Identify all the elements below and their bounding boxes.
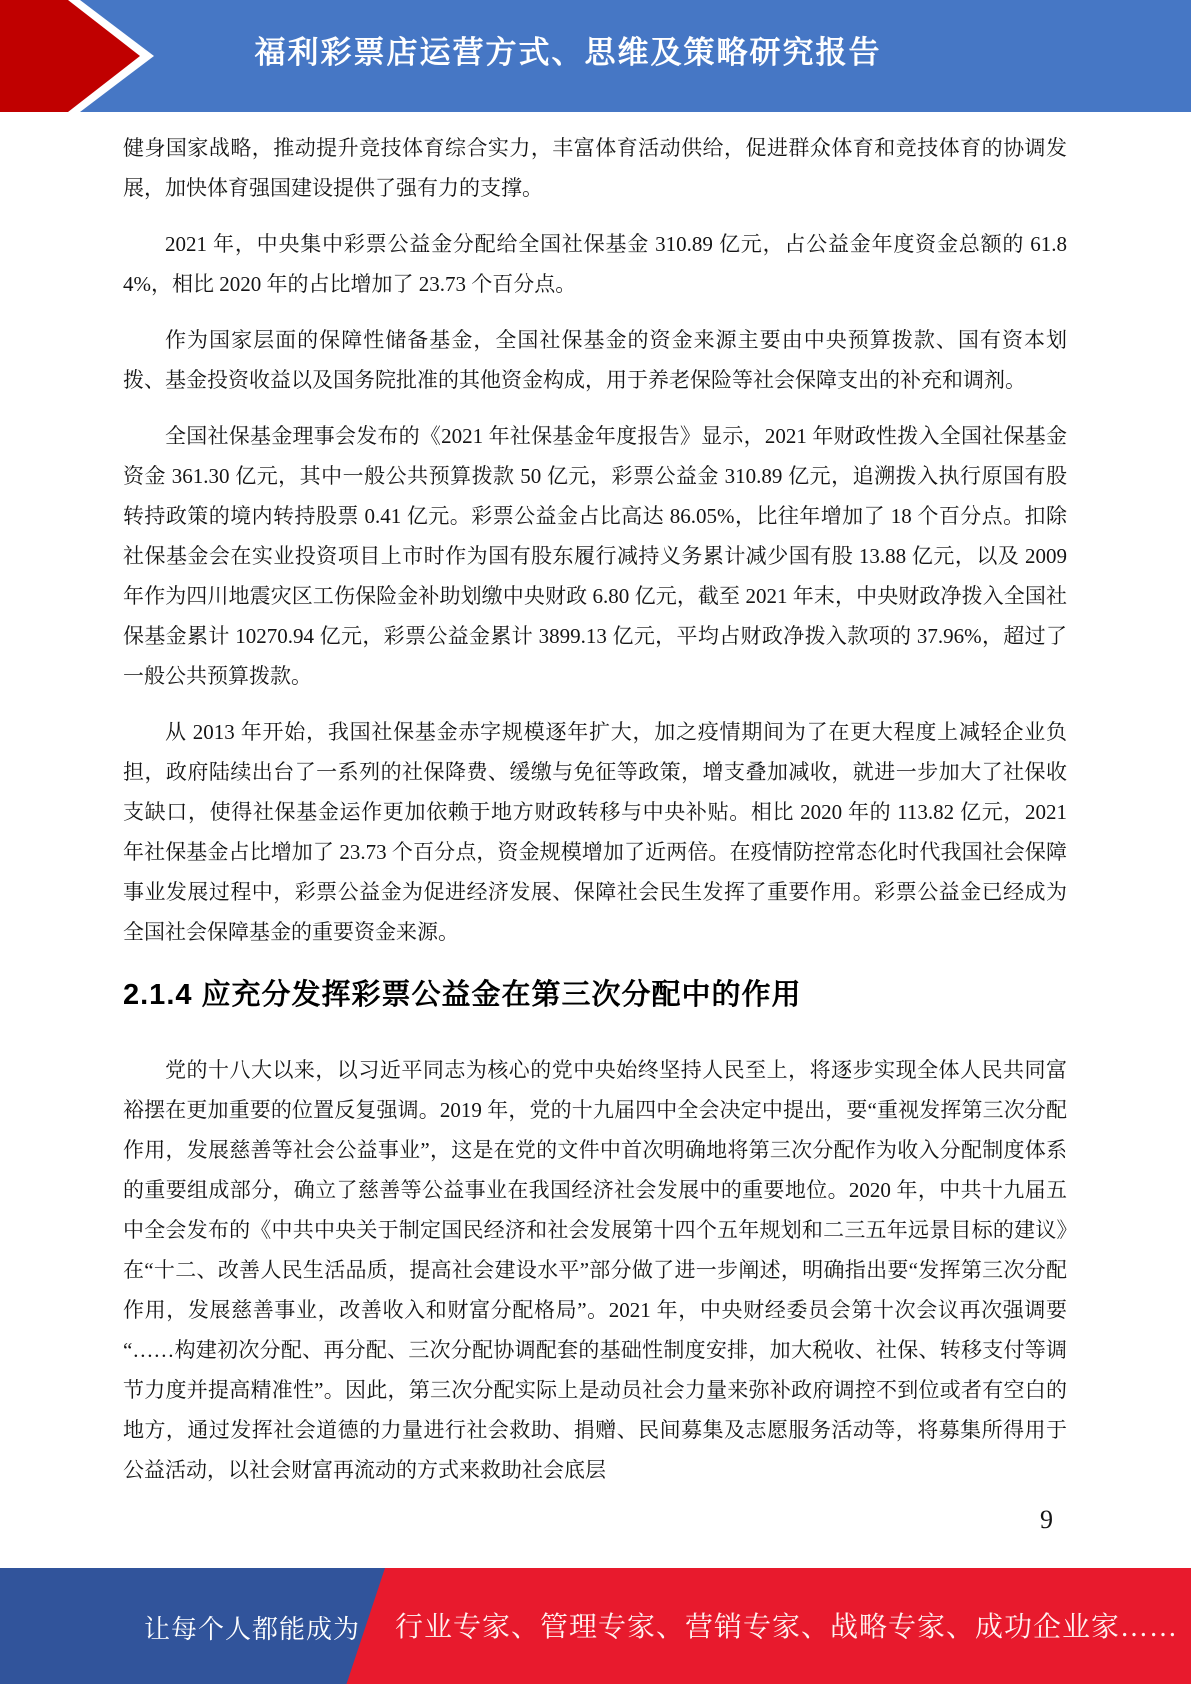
body-paragraph: 全国社保基金理事会发布的《2021 年社保基金年度报告》显示，2021 年财政性… <box>123 416 1067 696</box>
body-paragraph: 党的十八大以来，以习近平同志为核心的党中央始终坚持人民至上，将逐步实现全体人民共… <box>123 1050 1067 1490</box>
body-paragraph: 作为国家层面的保障性储备基金，全国社保基金的资金来源主要由中央预算拨款、国有资本… <box>123 320 1067 400</box>
page-body: 健身国家战略，推动提升竞技体育综合实力，丰富体育活动供给，促进群众体育和竞技体育… <box>0 112 1191 1506</box>
page-number: 9 <box>1040 1505 1053 1535</box>
footer-slogan-left: 让每个人都能成为 <box>144 1614 360 1646</box>
footer-slogan-right: 行业专家、管理专家、营销专家、战略专家、成功企业家…… <box>395 1611 1178 1645</box>
page-footer-banner: 让每个人都能成为 行业专家、管理专家、营销专家、战略专家、成功企业家…… <box>0 1568 1191 1684</box>
report-title: 福利彩票店运营方式、思维及策略研究报告 <box>0 0 1136 98</box>
body-paragraph: 从 2013 年开始，我国社保基金赤字规模逐年扩大，加之疫情期间为了在更大程度上… <box>123 712 1067 952</box>
page-header-banner: 福利彩票店运营方式、思维及策略研究报告 <box>0 0 1191 112</box>
body-paragraph: 健身国家战略，推动提升竞技体育综合实力，丰富体育活动供给，促进群众体育和竞技体育… <box>123 128 1067 208</box>
body-paragraph: 2021 年，中央集中彩票公益金分配给全国社保基金 310.89 亿元，占公益金… <box>123 224 1067 304</box>
report-page: 福利彩票店运营方式、思维及策略研究报告 健身国家战略，推动提升竞技体育综合实力，… <box>0 0 1191 1684</box>
section-heading: 2.1.4 应充分发挥彩票公益金在第三次分配中的作用 <box>123 978 1067 1012</box>
